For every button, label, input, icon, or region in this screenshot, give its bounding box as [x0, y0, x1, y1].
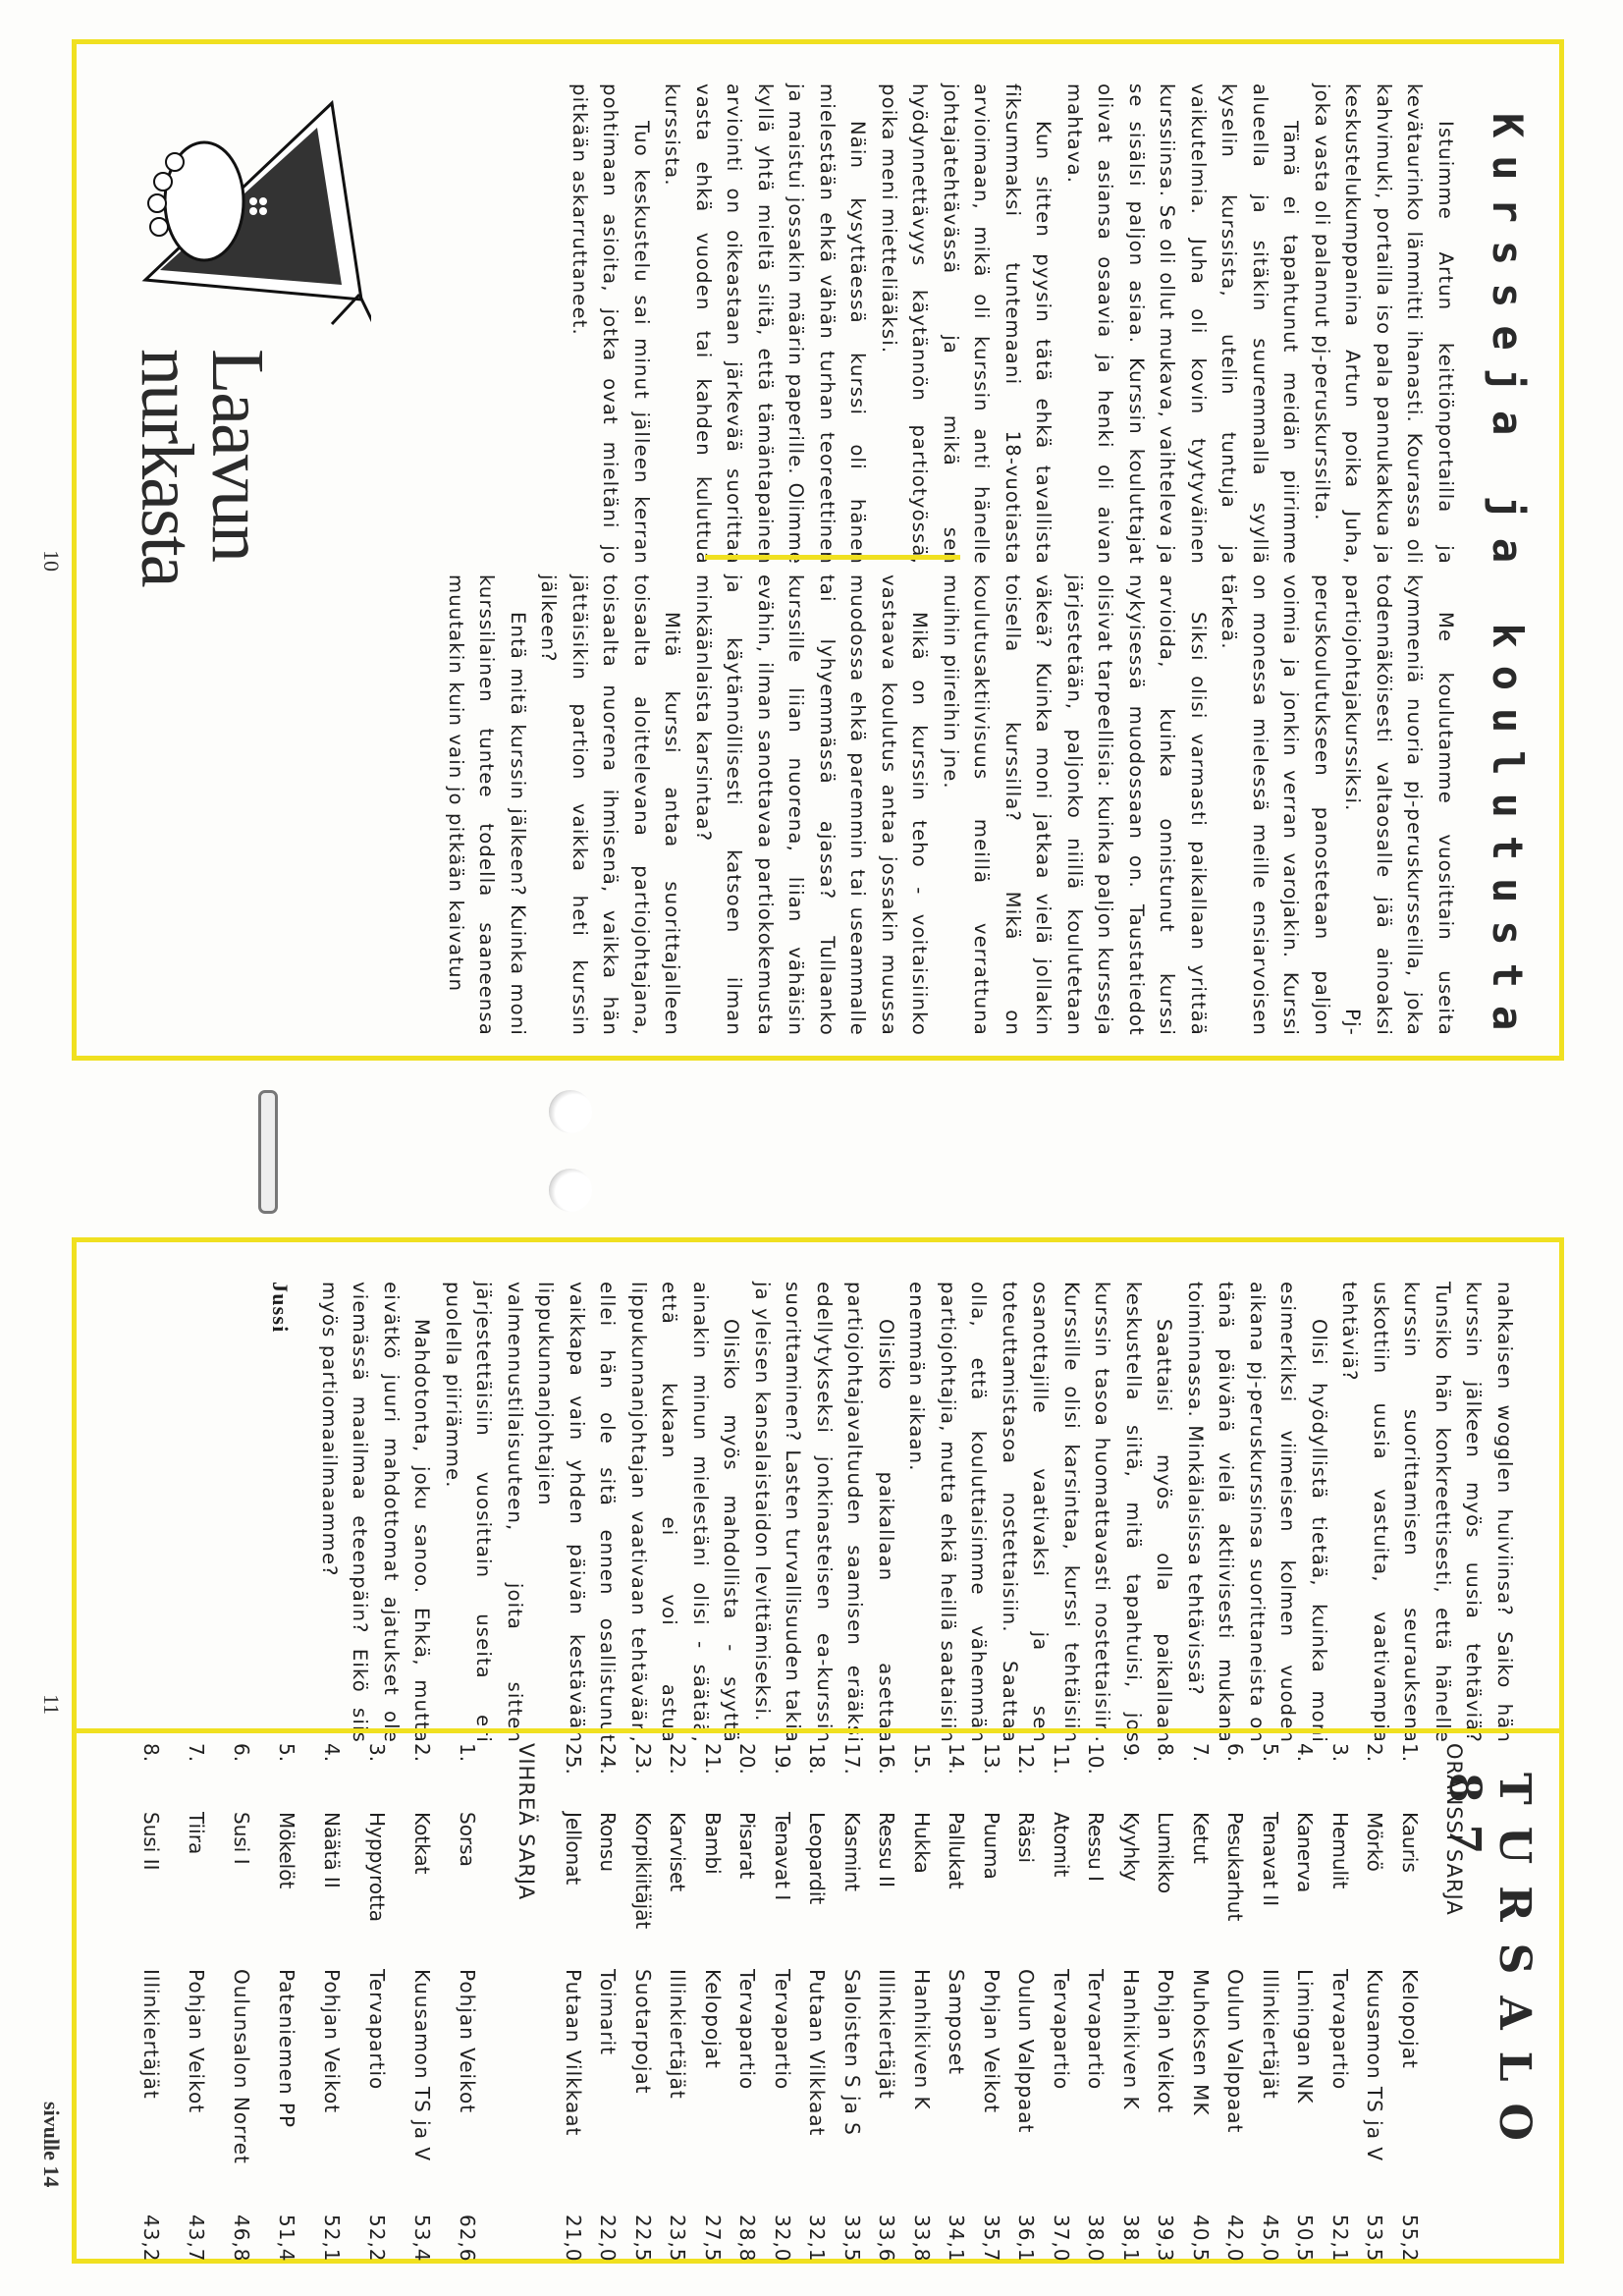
rank-cell: 8.	[1155, 1743, 1178, 1762]
team-cell: Mökelöt	[275, 1812, 298, 1888]
rank-cell: 5.	[275, 1743, 298, 1762]
feature-heading-line2: nurkasta	[132, 349, 202, 585]
score-cell: 52,1	[320, 2214, 344, 2263]
team-cell: Bambi	[701, 1812, 725, 1875]
team-cell: Mörkö	[1364, 1812, 1387, 1872]
rank-cell: 2.	[1364, 1743, 1387, 1762]
table-row: 24.RonsuToimarit22,0	[587, 1743, 621, 2254]
team-cell: Tiira	[185, 1812, 208, 1854]
table-row: 13.PuumaPohjan Veikot35,7	[970, 1743, 1003, 2254]
page-number-right: 11	[38, 1694, 64, 1715]
paragraph: Olisiko paikallaan asettaa partiojohtaja…	[747, 1282, 902, 1743]
paragraph: Mitä kurssi antaa suorittajalleen toisaa…	[533, 574, 688, 1036]
club-cell: Illinkiertäjät	[667, 1969, 690, 2100]
club-cell: Kuusamon TS ja V	[1364, 1969, 1387, 2161]
score-cell: 40,5	[1189, 2214, 1213, 2263]
team-cell: Sorsa	[456, 1812, 479, 1867]
paragraph: Kun sitten pyysin tätä ehkä tavallista f…	[874, 83, 1059, 565]
table-row: 5.MökelötPateniemen PP51,4	[265, 1743, 298, 2254]
rank-cell: 18.	[806, 1743, 830, 1775]
club-cell: Kelopojat	[701, 1969, 725, 2069]
score-cell: 62,6	[456, 2214, 479, 2263]
team-cell: Karviset	[667, 1812, 690, 1891]
score-cell: 42,0	[1224, 2214, 1248, 2263]
club-cell: Pohjan Veikot	[320, 1969, 344, 2113]
score-cell: 51,4	[275, 2214, 298, 2263]
team-cell: Kanerva	[1294, 1812, 1318, 1892]
table-row: 20.PisaratTervapartio28,8	[727, 1743, 760, 2254]
rank-cell: 17.	[840, 1743, 864, 1775]
team-cell: Pesukarhut	[1224, 1812, 1248, 1921]
score-cell: 32,1	[806, 2214, 830, 2263]
rank-cell: 23.	[631, 1743, 655, 1775]
table-row: 23.KorpikiitäjätSuotarpojat22,5	[622, 1743, 655, 2254]
club-cell: Kuusamon TS ja V	[410, 1969, 434, 2161]
rank-cell: 21.	[701, 1743, 725, 1775]
club-cell: Hanhikiven K	[1119, 1969, 1143, 2110]
score-cell: 33,5	[840, 2214, 864, 2263]
team-cell: Näätä II	[320, 1812, 344, 1888]
club-cell: Limingan NK	[1294, 1969, 1318, 2104]
rank-cell: 6.	[1224, 1743, 1248, 1762]
table-row: 19.Tenavat ITervapartio32,0	[761, 1743, 794, 2254]
team-cell: Hemulit	[1328, 1812, 1352, 1888]
table-row: 2.MörköKuusamon TS ja V53,5	[1354, 1743, 1387, 2254]
score-cell: 50,5	[1294, 2214, 1318, 2263]
rank-cell: 19.	[771, 1743, 794, 1775]
paragraph: Mahdotonta, joku sanoo. Ehkä, mutta eivä…	[314, 1282, 438, 1743]
club-cell: Oulunsalon Norret	[230, 1969, 253, 2164]
table-row: 25.JellonatPutaan Vilkkaat21,0	[552, 1743, 585, 2254]
paragraph: Olisiko myös mahdollista - syyttä ainaki…	[438, 1282, 747, 1743]
club-cell: Oulun Valppaat	[1224, 1969, 1248, 2133]
table-row: 11.AtomitTervapartio37,0	[1040, 1743, 1073, 2254]
team-cell: Leopardit	[806, 1812, 830, 1904]
paragraph: Saattaisi myös olla paikallaan keskustel…	[901, 1282, 1180, 1743]
rank-cell: 15.	[910, 1743, 934, 1775]
score-cell: 38,1	[1119, 2214, 1143, 2263]
score-cell: 35,7	[980, 2214, 1003, 2263]
rank-cell: 22.	[667, 1743, 690, 1775]
paragraph: Istuimme Artun keittiönportailla ja kevä…	[1307, 83, 1462, 565]
feature-heading-line1: Laavun	[202, 349, 273, 585]
article-column-3: nahkaisen wogglen huiviinsa? Saiko hän k…	[265, 1282, 1520, 1743]
team-cell: Atomit	[1050, 1812, 1073, 1877]
team-cell: Pisarat	[736, 1812, 760, 1879]
table-row: 14.PallukatSamposet34,1	[936, 1743, 969, 2254]
rank-cell: 3.	[1328, 1743, 1352, 1762]
table-row: 7.TiiraPohjan Veikot43,7	[175, 1743, 208, 2254]
club-cell: Pohjan Veikot	[185, 1969, 208, 2113]
score-cell: 52,2	[365, 2214, 389, 2263]
article-column-1: Istuimme Artun keittiönportailla ja kevä…	[565, 83, 1462, 565]
table-row: 3.HyppyrottaTervapartio52,2	[355, 1743, 389, 2254]
paragraph: Mikä on kurssin teho - voitaisiinko vast…	[688, 574, 936, 1036]
club-cell: Tervapartio	[365, 1969, 389, 2090]
score-cell: 43,7	[185, 2214, 208, 2263]
rank-cell: 20.	[736, 1743, 760, 1775]
rank-cell: 16.	[876, 1743, 899, 1775]
table-row: 8.Susi IIIllinkiertäjät43,2	[130, 1743, 163, 2254]
club-cell: Suotarpojat	[631, 1969, 655, 2095]
score-cell: 36,1	[1015, 2214, 1039, 2263]
staple	[258, 1090, 278, 1214]
score-cell: 32,0	[771, 2214, 794, 2263]
paragraph: Tämä ei tapahtunut meidän piirimme aluee…	[1059, 83, 1307, 565]
table-row: 16.Ressu IIIllinkiertäjät33,6	[866, 1743, 899, 2254]
table-row: 10.Ressu ITervapartio38,0	[1075, 1743, 1109, 2254]
score-cell: 53,4	[410, 2214, 434, 2263]
team-cell: Lumikko	[1155, 1812, 1178, 1893]
score-cell: 39,3	[1155, 2214, 1178, 2263]
club-cell: Toimarit	[597, 1969, 621, 2055]
table-row: 9.KyyhkyHanhikiven K38,1	[1109, 1743, 1143, 2254]
rank-cell: 24.	[597, 1743, 621, 1775]
rank-cell: 4.	[1294, 1743, 1318, 1762]
author-signature: Jussi	[265, 1282, 297, 1743]
score-cell: 45,0	[1259, 2214, 1282, 2263]
club-cell: Putaan Vilkkaat	[806, 1969, 830, 2136]
team-cell: Tenavat II	[1259, 1812, 1282, 1906]
feet-sticking-out-of-tent-icon	[116, 83, 371, 339]
table-row: 15.HukkaHanhikiven K33,8	[900, 1743, 934, 2254]
score-cell: 22,5	[631, 2214, 655, 2263]
paragraph: Näin kysyttäessä kurssi oli hänen mieles…	[657, 83, 874, 565]
team-cell: Kyyhky	[1119, 1812, 1143, 1882]
table-row: 21.BambiKelopojat27,5	[691, 1743, 725, 2254]
score-cell: 38,0	[1085, 2214, 1109, 2263]
table-row: 18.LeoparditPutaan Vilkkaat32,1	[796, 1743, 830, 2254]
laavun-nurkasta-feature: Laavun nurkasta	[86, 83, 381, 574]
rank-cell: 10.	[1085, 1743, 1109, 1775]
team-cell: Hukka	[910, 1812, 934, 1874]
table-row: 3.HemulitTervapartio52,1	[1319, 1743, 1352, 2254]
score-cell: 27,5	[701, 2214, 725, 2263]
score-cell: 22,0	[597, 2214, 621, 2263]
rank-cell: 6.	[230, 1743, 253, 1762]
club-cell: Illinkiertäjät	[876, 1969, 899, 2100]
club-cell: Illinkiertäjät	[139, 1969, 163, 2100]
article-title: Kursseja ja koulutusta	[1484, 113, 1532, 1048]
article-column-2: Me koulutamme vuosittain useita kymmeniä…	[441, 574, 1462, 1036]
table-row: 12.RässiOulun Valppaat36,1	[1005, 1743, 1039, 2254]
score-cell: 21,0	[562, 2214, 585, 2263]
team-cell: Rässi	[1015, 1812, 1039, 1863]
table-row: 6.PesukarhutOulun Valppaat42,0	[1215, 1743, 1248, 2254]
team-cell: Kotkat	[410, 1812, 434, 1875]
table-row: 4.Näätä IIPohjan Veikot52,1	[310, 1743, 344, 2254]
score-cell: 37,0	[1050, 2214, 1073, 2263]
team-cell: Ronsu	[597, 1812, 621, 1872]
team-cell: Kasmint	[840, 1812, 864, 1891]
team-cell: Jellonat	[562, 1812, 585, 1885]
table-row: 22.KarvisetIllinkiertäjät23,5	[657, 1743, 690, 2254]
table-row: 2.KotkatKuusamon TS ja V53,4	[401, 1743, 434, 2254]
table-row: 1.SorsaPohjan Veikot62,6	[446, 1743, 479, 2254]
score-cell: 33,6	[876, 2214, 899, 2263]
rank-cell: 7.	[185, 1743, 208, 1762]
score-cell: 55,2	[1398, 2214, 1422, 2263]
series-title-orange: ORANSSI SARJA	[1442, 1743, 1466, 1916]
rank-cell: 14.	[946, 1743, 969, 1775]
rank-cell: 4.	[320, 1743, 344, 1762]
paragraph: Me koulutamme vuosittain useita kymmeniä…	[1214, 574, 1461, 1036]
club-cell: Illinkiertäjät	[1259, 1969, 1282, 2100]
club-cell: Muhoksen MK	[1189, 1969, 1213, 2116]
team-cell: Kauris	[1398, 1812, 1422, 1873]
score-cell: 23,5	[667, 2214, 690, 2263]
paragraph: Entä mitä kurssin jälkeen? Kuinka moni k…	[441, 574, 534, 1036]
team-cell: Ketut	[1189, 1812, 1213, 1864]
rank-cell: 8.	[139, 1743, 163, 1762]
club-cell: Saloisten S ja S	[840, 1969, 864, 2136]
magazine-spread: Kursseja ja koulutusta Istuimme Artun ke…	[0, 0, 1623, 2296]
rank-cell: 25.	[562, 1743, 585, 1775]
score-cell: 33,8	[910, 2214, 934, 2263]
paragraph: Tuo keskustelu sai minut jälleen kerran …	[565, 83, 658, 565]
binder-hole	[549, 1169, 592, 1212]
team-cell: Hyppyrotta	[365, 1812, 389, 1922]
team-cell: Korpikiitäjät	[631, 1812, 655, 1929]
score-cell: 52,1	[1328, 2214, 1352, 2263]
club-cell: Pateniemen PP	[275, 1969, 298, 2128]
team-cell: Ressu II	[876, 1812, 899, 1887]
team-cell: Susi II	[139, 1812, 163, 1871]
table-row: 8.LumikkoPohjan Veikot39,3	[1145, 1743, 1178, 2254]
club-cell: Pohjan Veikot	[980, 1969, 1003, 2113]
rank-cell: 12.	[1015, 1743, 1039, 1775]
club-cell: Samposet	[946, 1969, 969, 2075]
paragraph: Olisi hyödyllistä tietää, kuinka moni es…	[1180, 1282, 1335, 1743]
feature-heading: Laavun nurkasta	[132, 349, 273, 585]
page-number-left: 10	[38, 550, 64, 572]
paragraph: Siksi olisi varmasti paikallaan yrittää …	[936, 574, 1215, 1036]
rank-cell: 3.	[365, 1743, 389, 1762]
club-cell: Oulun Valppaat	[1015, 1969, 1039, 2133]
club-cell: Pohjan Veikot	[456, 1969, 479, 2113]
team-cell: Ressu I	[1085, 1812, 1109, 1882]
rank-cell: 2.	[410, 1743, 434, 1762]
table-row: 6.Susi IOulunsalon Norret46,8	[220, 1743, 253, 2254]
rank-cell: 7.	[1189, 1743, 1213, 1762]
table-row: 5.Tenavat IIIllinkiertäjät45,0	[1249, 1743, 1282, 2254]
club-cell: Tervapartio	[1085, 1969, 1109, 2090]
column-divider	[705, 555, 960, 560]
club-cell: Kelopojat	[1398, 1969, 1422, 2069]
score-cell: 53,5	[1364, 2214, 1387, 2263]
club-cell: Pohjan Veikot	[1155, 1969, 1178, 2113]
score-cell: 28,8	[736, 2214, 760, 2263]
club-cell: Putaan Vilkkaat	[562, 1969, 585, 2136]
table-row: 4.KanervaLimingan NK50,5	[1284, 1743, 1318, 2254]
continue-note: sivulle 14	[38, 2102, 64, 2187]
score-cell: 46,8	[230, 2214, 253, 2263]
club-cell: Tervapartio	[771, 1969, 794, 2090]
rank-cell: 11.	[1050, 1743, 1073, 1775]
rank-cell: 1.	[456, 1743, 479, 1762]
club-cell: Tervapartio	[1328, 1969, 1352, 2090]
table-row: 1.KaurisKelopojat55,2	[1388, 1743, 1422, 2254]
score-cell: 43,2	[139, 2214, 163, 2263]
series-title-green: VIHREÄ SARJA	[514, 1743, 538, 1900]
rank-cell: 5.	[1259, 1743, 1282, 1762]
club-cell: Tervapartio	[736, 1969, 760, 2090]
team-cell: Susi I	[230, 1812, 253, 1865]
team-cell: Pallukat	[946, 1812, 969, 1889]
paragraph: nahkaisen wogglen huiviinsa? Saiko hän k…	[1334, 1282, 1520, 1743]
rank-cell: 9.	[1119, 1743, 1143, 1762]
team-cell: Puuma	[980, 1812, 1003, 1880]
score-cell: 34,1	[946, 2214, 969, 2263]
club-cell: Hanhikiven K	[910, 1969, 934, 2110]
rank-cell: 1.	[1398, 1743, 1422, 1762]
table-row: 7.KetutMuhoksen MK40,5	[1179, 1743, 1213, 2254]
club-cell: Tervapartio	[1050, 1969, 1073, 2090]
results-frame: TURSALO 87 ORANSSI SARJA 1.KaurisKelopoj…	[72, 1728, 1564, 2264]
team-cell: Tenavat I	[771, 1812, 794, 1900]
table-row: 17.KasmintSaloisten S ja S33,5	[831, 1743, 864, 2254]
page-10-frame: Kursseja ja koulutusta Istuimme Artun ke…	[72, 39, 1564, 1061]
rank-cell: 13.	[980, 1743, 1003, 1775]
binder-hole	[549, 1090, 592, 1133]
